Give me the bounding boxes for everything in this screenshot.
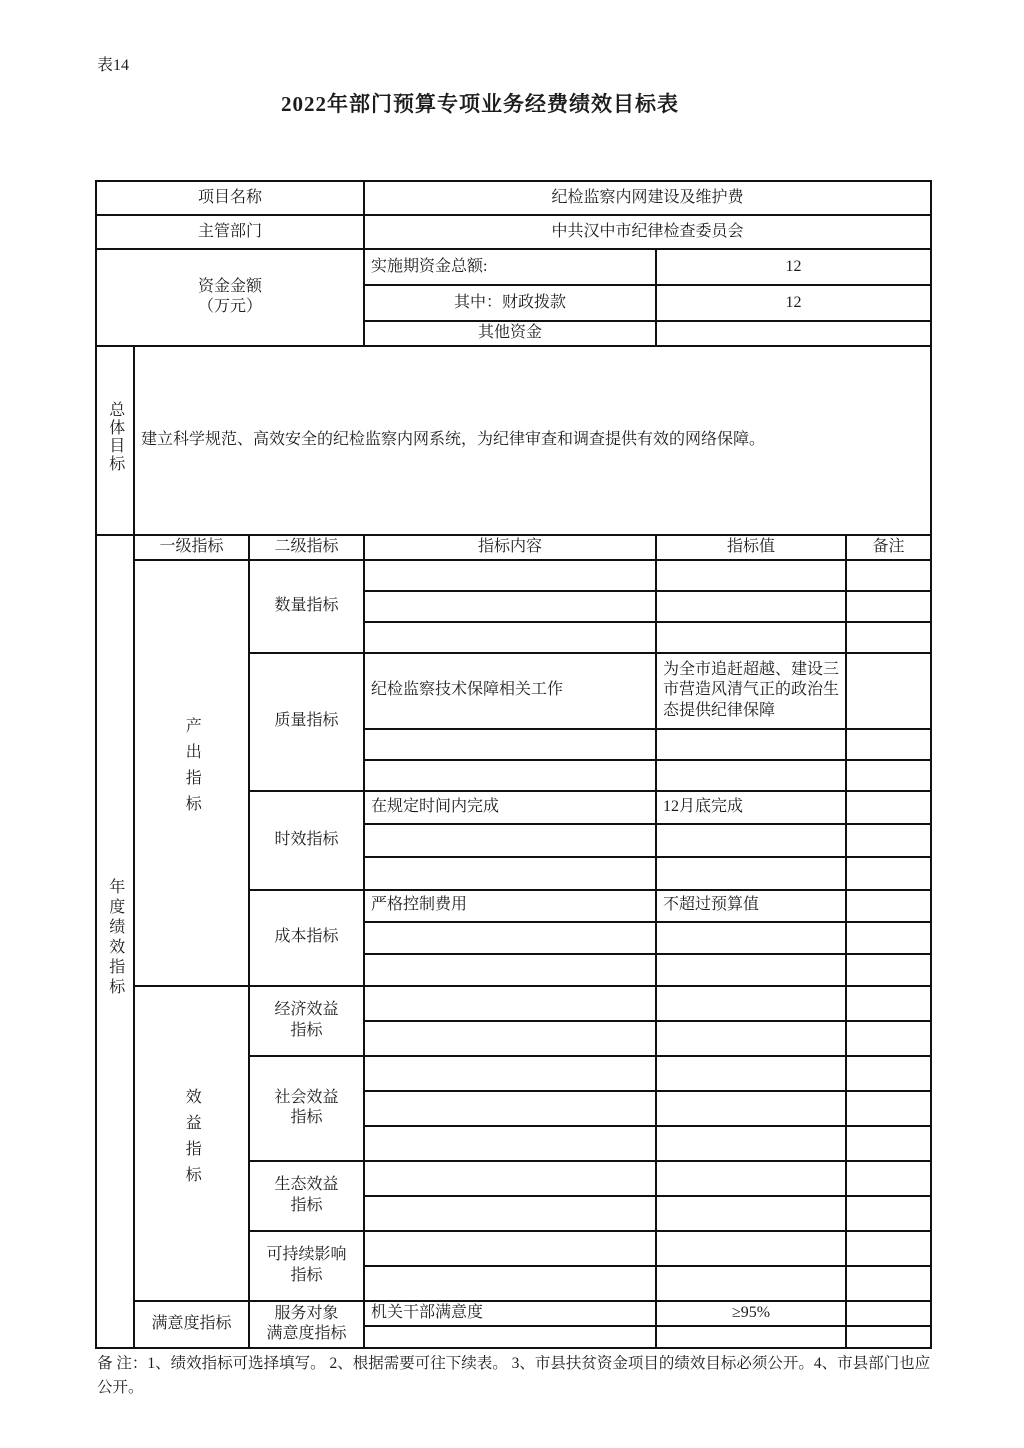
indicator-note-cell — [846, 1196, 931, 1231]
indicator-value-cell — [656, 1326, 846, 1348]
indicator-value-cell — [656, 1056, 846, 1091]
indicator-header-row: 年度绩效指标 一级指标 二级指标 指标内容 指标值 备注 — [96, 535, 931, 560]
indicator-note-cell — [846, 824, 931, 857]
primary-indicator-benefit-label: 效益指标 — [183, 1088, 201, 1192]
indicator-content-cell — [364, 591, 656, 622]
indicator-value-cell — [656, 760, 846, 791]
indicator-note-cell — [846, 622, 931, 653]
indicator-content-cell — [364, 986, 656, 1021]
indicator-content-cell: 严格控制费用 — [364, 890, 656, 922]
indicator-note-cell — [846, 560, 931, 591]
indicator-value-cell: ≥95% — [656, 1301, 846, 1326]
indicator-content-cell — [364, 1266, 656, 1301]
indicator-content-cell — [364, 1231, 656, 1266]
indicator-content-cell — [364, 729, 656, 760]
overall-goal-row: 总体目标 建立科学规范、高效安全的纪检监察内网系统，为纪律审查和调查提供有效的网… — [96, 346, 931, 535]
indicator-note-cell — [846, 1266, 931, 1301]
indicator-value-cell: 为全市追赶超越、建设三市营造风清气正的政治生态提供纪律保障 — [656, 653, 846, 729]
indicator-note-cell — [846, 1021, 931, 1056]
indicator-note-cell — [846, 1231, 931, 1266]
indicator-content-cell — [364, 824, 656, 857]
indicator-value-cell — [656, 986, 846, 1021]
indicator-note-cell — [846, 1126, 931, 1161]
indicator-value-cell — [656, 1196, 846, 1231]
indicator-content-cell: 在规定时间内完成 — [364, 791, 656, 824]
indicator-value-cell — [656, 1091, 846, 1126]
indicator-value-cell — [656, 1161, 846, 1196]
document-page: 表14 2022年部门预算专项业务经费绩效目标表 项目名称 纪检监察内网建设及维… — [0, 0, 1024, 1448]
indicator-note-cell — [846, 791, 931, 824]
indicator-value-cell — [656, 1266, 846, 1301]
indicator-content-cell — [364, 760, 656, 791]
indicator-note-cell — [846, 1091, 931, 1126]
secondary-indicator-service-satisfaction-label: 服务对象 满意度指标 — [249, 1301, 364, 1348]
primary-indicator-output-label: 产出指标 — [183, 717, 201, 821]
department-value: 中共汉中市纪律检查委员会 — [364, 215, 931, 249]
indicator-value-cell — [656, 560, 846, 591]
indicator-content-cell: 机关干部满意度 — [364, 1301, 656, 1326]
indicator-value-cell — [656, 622, 846, 653]
project-name-label: 项目名称 — [96, 181, 364, 215]
indicator-note-cell — [846, 986, 931, 1021]
fund-other-value — [656, 321, 931, 346]
secondary-indicator-sustainable-label: 可持续影响 指标 — [249, 1231, 364, 1301]
overall-goal-content: 建立科学规范、高效安全的纪检监察内网系统，为纪律审查和调查提供有效的网络保障。 — [134, 346, 931, 535]
secondary-indicator-ecological-label: 生态效益 指标 — [249, 1161, 364, 1231]
indicator-value-cell — [656, 824, 846, 857]
indicator-row: 效益指标 经济效益 指标 — [96, 986, 931, 1021]
table-number-label: 表14 — [97, 52, 129, 75]
indicator-content-cell — [364, 954, 656, 986]
indicator-note-cell — [846, 729, 931, 760]
performance-target-table: 项目名称 纪检监察内网建设及维护费 主管部门 中共汉中市纪律检查委员会 资金金额… — [95, 180, 932, 1349]
indicator-content-cell — [364, 922, 656, 954]
indicator-value-cell — [656, 1126, 846, 1161]
department-row: 主管部门 中共汉中市纪律检查委员会 — [96, 215, 931, 249]
indicator-value-cell: 不超过预算值 — [656, 890, 846, 922]
indicator-value-cell — [656, 922, 846, 954]
indicator-value-cell — [656, 954, 846, 986]
secondary-indicator-quantity-label: 数量指标 — [249, 560, 364, 653]
indicator-content-cell — [364, 1326, 656, 1348]
indicator-note-cell — [846, 760, 931, 791]
indicator-content-cell — [364, 1056, 656, 1091]
indicator-value-cell — [656, 729, 846, 760]
indicator-value-cell — [656, 857, 846, 890]
indicator-content-cell: 纪检监察技术保障相关工作 — [364, 653, 656, 729]
indicator-content-cell — [364, 1196, 656, 1231]
page-title: 2022年部门预算专项业务经费绩效目标表 — [95, 88, 865, 118]
indicator-note-cell — [846, 954, 931, 986]
fund-total-row: 资金金额 （万元） 实施期资金总额: 12 — [96, 249, 931, 285]
indicator-note-cell — [846, 1056, 931, 1091]
indicator-content-cell — [364, 622, 656, 653]
indicator-note-cell — [846, 653, 931, 729]
indicator-value-cell — [656, 1231, 846, 1266]
department-label: 主管部门 — [96, 215, 364, 249]
col-header-level2: 二级指标 — [249, 535, 364, 560]
indicator-content-cell — [364, 1161, 656, 1196]
primary-indicator-satisfaction-label: 满意度指标 — [134, 1301, 249, 1348]
secondary-indicator-economic-label: 经济效益 指标 — [249, 986, 364, 1056]
secondary-indicator-cost-label: 成本指标 — [249, 890, 364, 986]
primary-indicator-benefit-cell: 效益指标 — [134, 986, 249, 1301]
indicator-content-cell — [364, 1126, 656, 1161]
fund-fiscal-label: 其中：财政拨款 — [364, 285, 656, 321]
indicator-note-cell — [846, 591, 931, 622]
indicator-row: 满意度指标 服务对象 满意度指标 机关干部满意度 ≥95% — [96, 1301, 931, 1326]
indicator-value-cell: 12月底完成 — [656, 791, 846, 824]
overall-goal-label-cell: 总体目标 — [96, 346, 134, 535]
indicator-content-cell — [364, 1021, 656, 1056]
overall-goal-label: 总体目标 — [106, 401, 124, 473]
fund-fiscal-value: 12 — [656, 285, 931, 321]
project-name-value: 纪检监察内网建设及维护费 — [364, 181, 931, 215]
indicator-note-cell — [846, 922, 931, 954]
annual-indicators-label-cell: 年度绩效指标 — [96, 535, 134, 1348]
indicator-content-cell — [364, 1091, 656, 1126]
indicator-row: 产出指标 数量指标 — [96, 560, 931, 591]
secondary-indicator-timeliness-label: 时效指标 — [249, 791, 364, 890]
indicator-note-cell — [846, 1301, 931, 1326]
project-name-row: 项目名称 纪检监察内网建设及维护费 — [96, 181, 931, 215]
secondary-indicator-social-label: 社会效益 指标 — [249, 1056, 364, 1161]
indicator-note-cell — [846, 1161, 931, 1196]
indicator-content-cell — [364, 560, 656, 591]
indicator-value-cell — [656, 591, 846, 622]
col-header-level1: 一级指标 — [134, 535, 249, 560]
secondary-indicator-quality-label: 质量指标 — [249, 653, 364, 791]
fund-amount-label: 资金金额 （万元） — [96, 249, 364, 346]
footer-note: 备 注：1、绩效指标可选择填写。 2、根据需要可往下续表。 3、市县扶贫资金项目… — [97, 1352, 933, 1400]
fund-total-value: 12 — [656, 249, 931, 285]
annual-indicators-label: 年度绩效指标 — [106, 878, 124, 998]
indicator-note-cell — [846, 857, 931, 890]
col-header-note: 备注 — [846, 535, 931, 560]
indicator-content-cell — [364, 857, 656, 890]
fund-total-label: 实施期资金总额: — [364, 249, 656, 285]
col-header-content: 指标内容 — [364, 535, 656, 560]
fund-other-label: 其他资金 — [364, 321, 656, 346]
primary-indicator-output-cell: 产出指标 — [134, 560, 249, 986]
indicator-note-cell — [846, 890, 931, 922]
indicator-value-cell — [656, 1021, 846, 1056]
indicator-note-cell — [846, 1326, 931, 1348]
col-header-value: 指标值 — [656, 535, 846, 560]
